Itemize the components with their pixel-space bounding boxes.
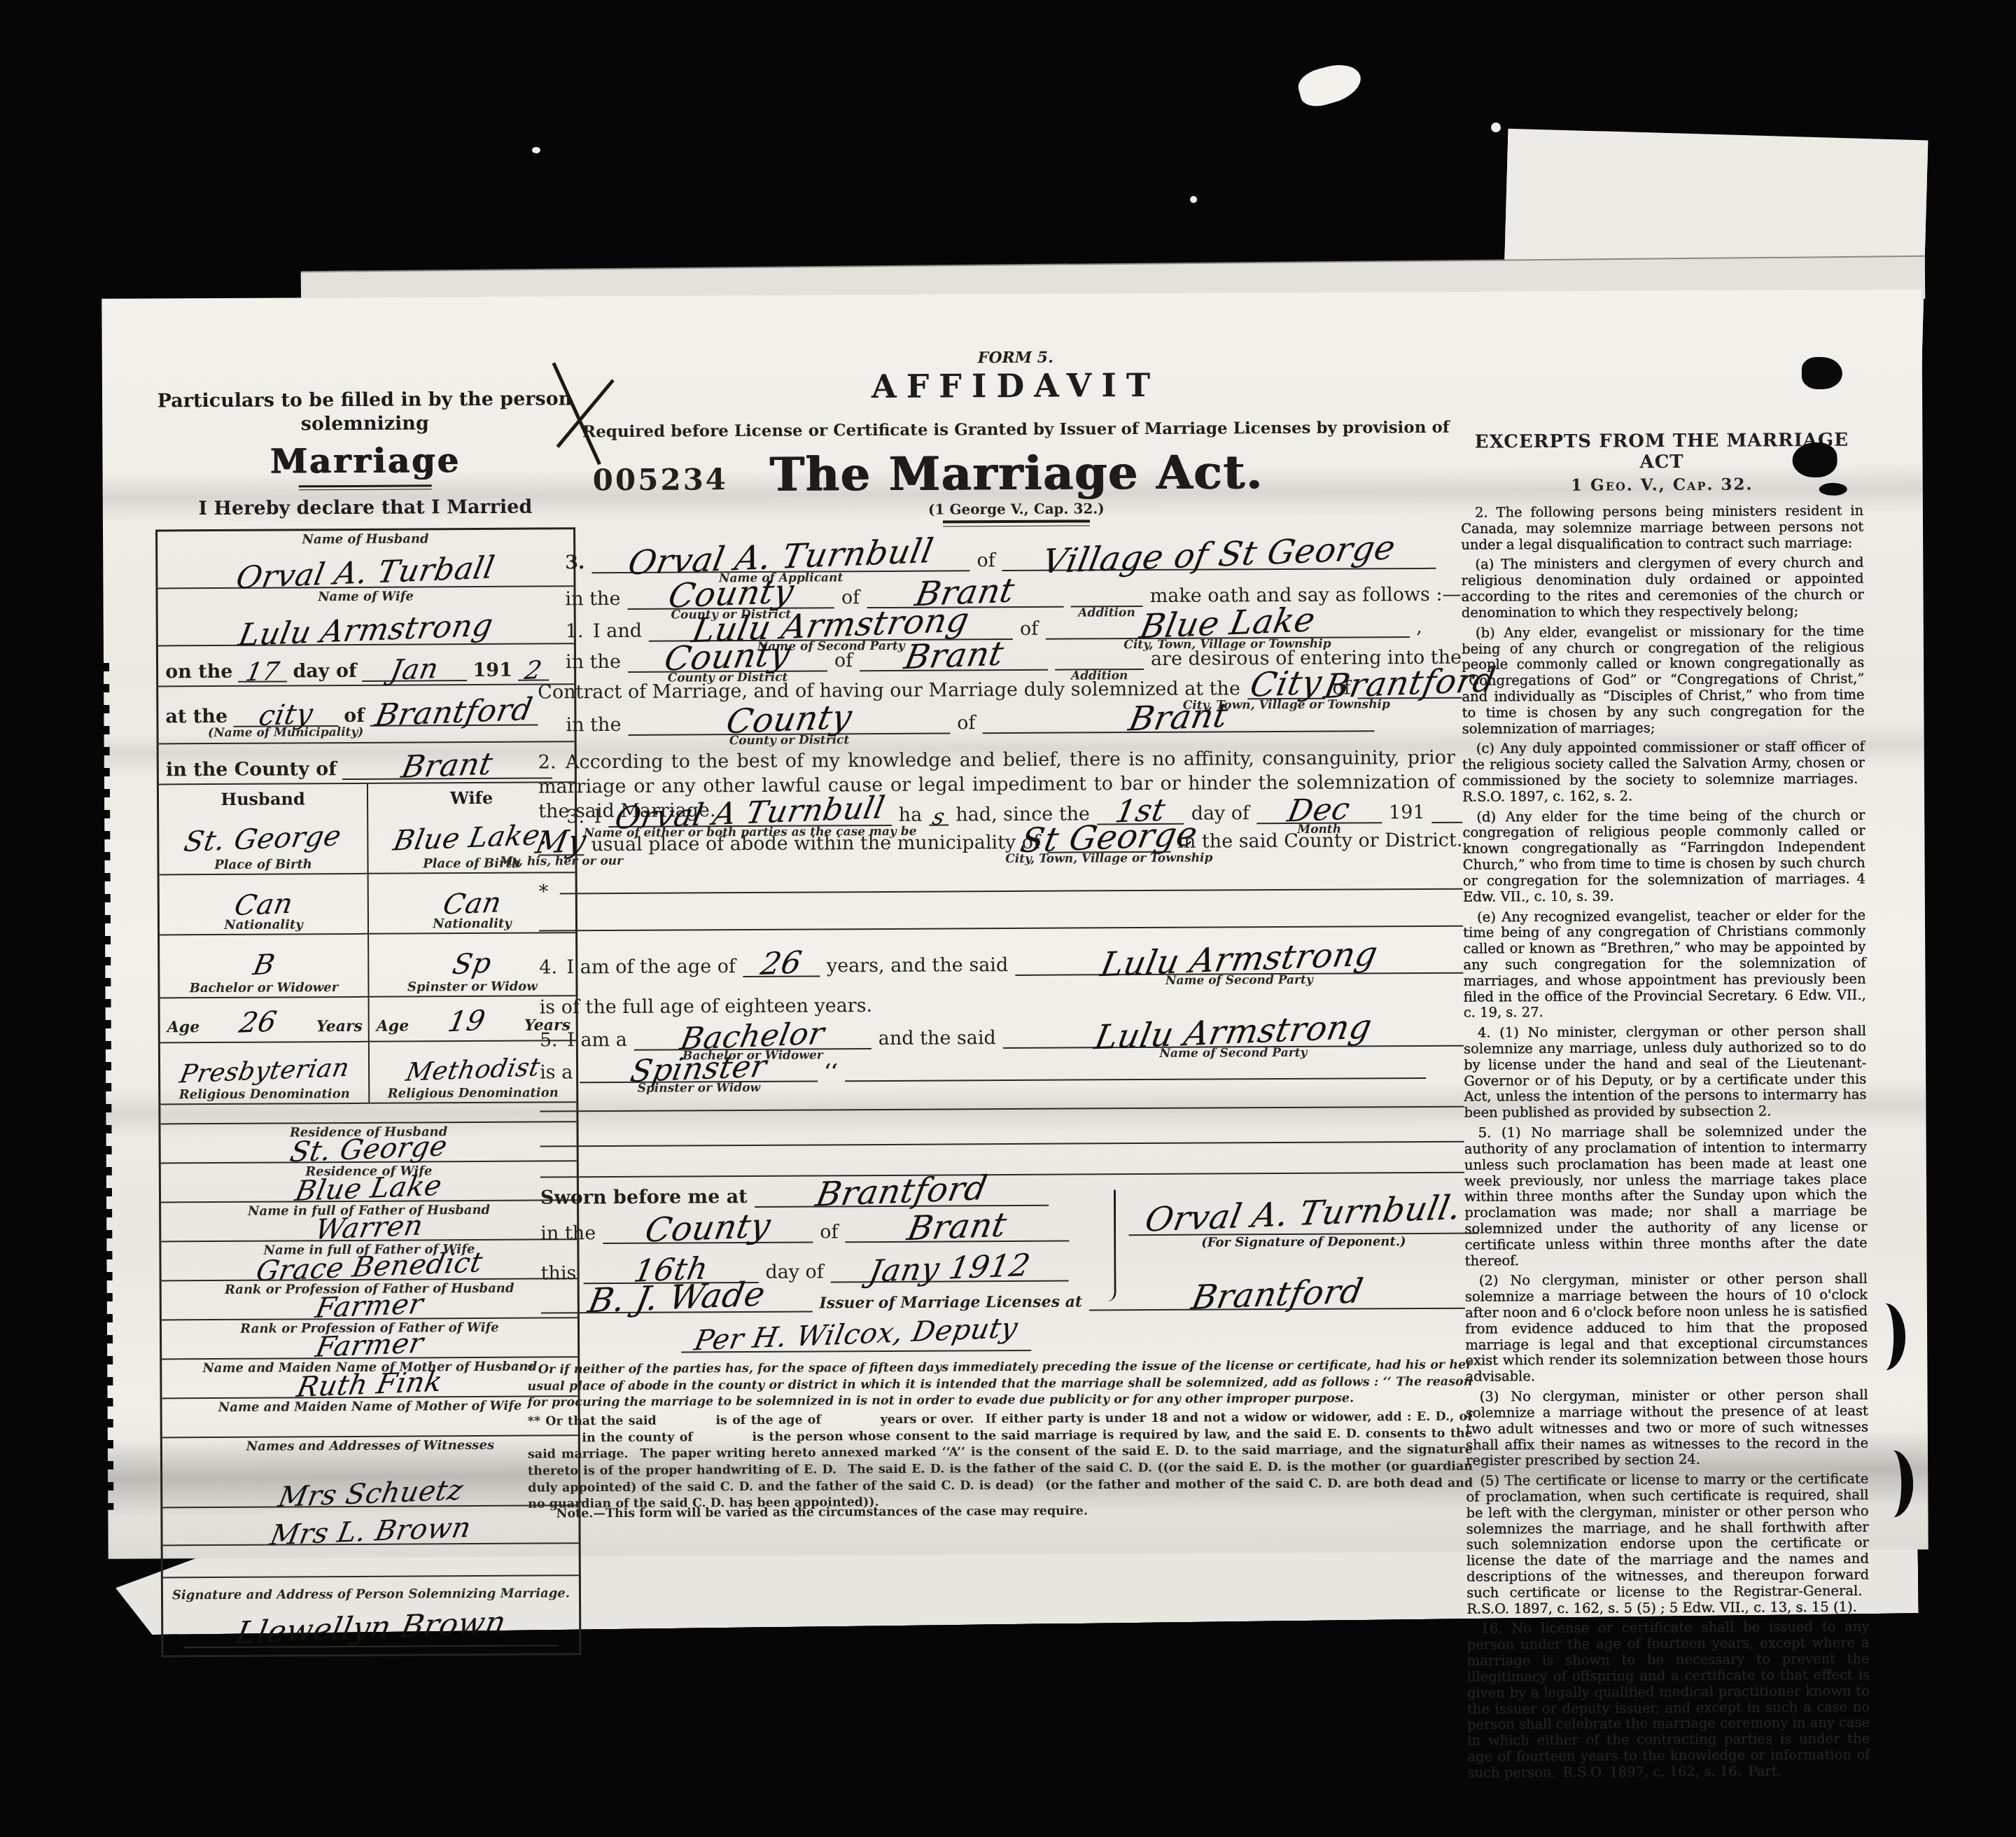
stub-residence-husband: Residence of Husband St. George — [160, 1122, 576, 1164]
stub-religion-husband: Presbyterian Religious Denomination — [160, 1042, 368, 1105]
month-handwriting: Jan — [388, 652, 441, 687]
scan-speck — [1190, 196, 1197, 203]
stub-nationality-husband: Can Nationality — [160, 874, 367, 935]
form-header: FORM 5. AFFIDAVIT Required before Licens… — [578, 347, 1454, 532]
stub-witnesses-label-row: Names and Addresses of Witnesses — [162, 1436, 578, 1470]
ink-blob — [1802, 357, 1842, 389]
contract-line: Contract of Marriage, and of having our … — [538, 677, 1462, 704]
clause-3-line: 3. I Orval A Turnbull Name of either or … — [566, 802, 1462, 828]
stub-residence-wife: Residence of Wife Blue Lake — [161, 1161, 577, 1203]
municipality-handwriting: Brantford — [372, 691, 535, 733]
stub-birth-husband: St. George Place of Birth — [159, 808, 367, 875]
deponent-signature-block: Orval A. Turnbull. (For Signature of Dep… — [1128, 1194, 1478, 1251]
stub-solemnizer: Signature and Address of Person Solemniz… — [163, 1576, 580, 1655]
page-title: AFFIDAVIT — [578, 365, 1453, 407]
stub-husband-wife-grid: Husband Wife St. George Place of Birth B… — [159, 783, 576, 1105]
blank-rule — [560, 888, 1463, 895]
ink-blob — [1792, 442, 1837, 477]
applicant-place-handwriting: Village of St George — [1039, 528, 1399, 581]
excerpt-paragraph: (5) The certificate or license to marry … — [1466, 1472, 1869, 1617]
excerpt-paragraph: (a) The ministers and clergymen of every… — [1461, 555, 1863, 621]
scanned-affidavit-page: Particulars to be filled in by the perso… — [101, 289, 1928, 1559]
deponent-signature: Orval A. Turnbull. — [1142, 1188, 1465, 1240]
excerpt-paragraph: 5. (1) No marriage shall be solemnized u… — [1464, 1124, 1868, 1269]
scan-speck — [1295, 59, 1365, 111]
stub-rank-father-husband: Rank or Profession of Father of Husband … — [162, 1279, 577, 1320]
stub-row-county: in the County of Brant — [159, 742, 575, 785]
contract-district-line: in the County County or District of Bran… — [566, 710, 1462, 736]
applicant-line: 3. Orval A. Turnbull Name of Applicant o… — [565, 547, 1461, 574]
paper-perforated-edge — [98, 663, 113, 1510]
stub-status-wife: Sp Spinster or Widow — [367, 933, 575, 998]
stub-mother-wife: Name and Maiden Name of Mother of Wife — [162, 1397, 578, 1438]
excerpt-paragraph: (2) No clergyman, minister or other pers… — [1465, 1271, 1868, 1385]
excerpt-paragraph: 4. (1) No minister, clergyman or other p… — [1464, 1024, 1867, 1122]
stub-witness-1: Mrs Schuetz — [162, 1468, 578, 1508]
excerpt-paragraph: (d) Any elder for the time being of the … — [1462, 807, 1865, 905]
blank-rule — [540, 1106, 1464, 1112]
handwritten-x-mark — [533, 352, 638, 472]
excerpt-paragraph: 16. No license or certificate shall be i… — [1466, 1619, 1870, 1781]
stub-panel: Particulars to be filled in by the perso… — [155, 387, 581, 1657]
stub-father-husband: Name in full of Father of Husband Warren — [161, 1201, 577, 1242]
crescent-mark — [1872, 1450, 1914, 1517]
full-age-line: is of the full age of eighteen years. — [540, 995, 873, 1018]
blank-rule — [540, 1172, 1464, 1178]
is-a-line: is a Spinster Spinster or Widow ‘‘ — [540, 1057, 1464, 1084]
blank-rule — [540, 1141, 1464, 1147]
divider — [299, 484, 432, 490]
stub-blank-rule — [163, 1544, 579, 1578]
stub-age-husband: Age 26 Years — [160, 997, 368, 1043]
stub-row-name-of-husband: Name of Husband Orval A. Turball — [157, 529, 573, 589]
stub-table: Name of Husband Orval A. Turball Name of… — [155, 527, 581, 1657]
applicant-district-line: in the County County or District of Bran… — [565, 584, 1461, 610]
act-citation: (1 George V., Cap. 32.) — [579, 498, 1454, 520]
day-handwriting: 17 — [244, 657, 282, 687]
solemnizer-signature: Llewellyn Brown — [233, 1605, 509, 1651]
excerpt-paragraph: (c) Any duly appointed commissioner or s… — [1462, 739, 1865, 805]
crescent-mark — [1864, 1303, 1906, 1370]
stub-row-date: on the 17 day of Jan 191 2 — [158, 644, 574, 687]
clause-4-line: 4. I am of the age of 26 years, and the … — [539, 952, 1463, 979]
deputy-line: Per H. Wilcox, Deputy — [681, 1318, 1031, 1353]
excerpt-paragraph: (b) Any elder, evangelist or missionary … — [1462, 623, 1865, 737]
footnote-1: * Or if neither of the parties has, for … — [527, 1357, 1472, 1412]
stub-title: Marriage — [155, 440, 575, 482]
scan-speck — [532, 147, 540, 153]
excerpt-paragraph: (e) Any recognized evangelist, teacher o… — [1463, 907, 1866, 1021]
sworn-brace — [1104, 1189, 1116, 1301]
scan-speck — [1491, 123, 1501, 132]
stub-rank-father-wife: Rank or Profession of Father of Wife Far… — [162, 1318, 577, 1360]
excerpts-column: EXCERPTS FROM THE MARRIAGE ACT 1 Geo. V.… — [1460, 430, 1870, 1786]
excerpt-paragraph: 2. The following persons being ministers… — [1461, 503, 1863, 553]
stub-row-name-of-wife: Name of Wife Lulu Armstrong — [157, 587, 573, 646]
issuer-line: B. J. Wade Issuer of Marriage Licenses a… — [541, 1291, 1465, 1314]
clause-5-line: 5. I am a Bachelor Bachelor or Widower a… — [540, 1025, 1464, 1052]
sworn-line-2: in the County of Brant — [540, 1220, 1100, 1244]
issuer-signature: B. J. Wade — [584, 1275, 768, 1321]
stub-status-husband: B Bachelor or Widower — [160, 934, 367, 998]
abode-line: My My, his, her or our usual place of ab… — [538, 830, 1462, 856]
stub-father-wife: Name in full of Father of Wife Grace Ben… — [161, 1240, 577, 1281]
stub-witness-2: Mrs L. Brown — [162, 1506, 578, 1546]
husband-name-handwriting: Orval A. Turball — [234, 550, 498, 596]
county-handwriting: Brant — [398, 746, 496, 785]
form-subtitle: Required before License or Certificate i… — [578, 418, 1453, 442]
stub-spacer-row — [160, 1103, 576, 1124]
excerpts-citation: 1 Geo. V., Cap. 32. — [1461, 475, 1863, 496]
stub-declaration: I Hereby declare that I Married — [155, 496, 575, 519]
divider — [943, 519, 1090, 526]
stub-header: Particulars to be filled in by the perso… — [155, 387, 575, 437]
ink-blob — [1819, 483, 1847, 496]
husband-column-header: Husband — [159, 783, 367, 809]
year-handwriting: 2 — [522, 656, 544, 685]
footnote-2: ** Or that the said is of the age of yea… — [528, 1409, 1473, 1514]
stub-row-municipality: at the city (Name of Municipality) of Br… — [158, 685, 574, 744]
stub-mother-husband: Name and Maiden Name of Mother of Husban… — [162, 1357, 577, 1399]
sworn-line-1: Sworn before me at Brantford — [540, 1184, 1100, 1208]
blank-rule — [539, 926, 1463, 932]
excerpt-paragraph: (3) No clergyman, minister or other pers… — [1465, 1388, 1868, 1469]
wife-name-handwriting: Lulu Armstrong — [236, 607, 496, 652]
